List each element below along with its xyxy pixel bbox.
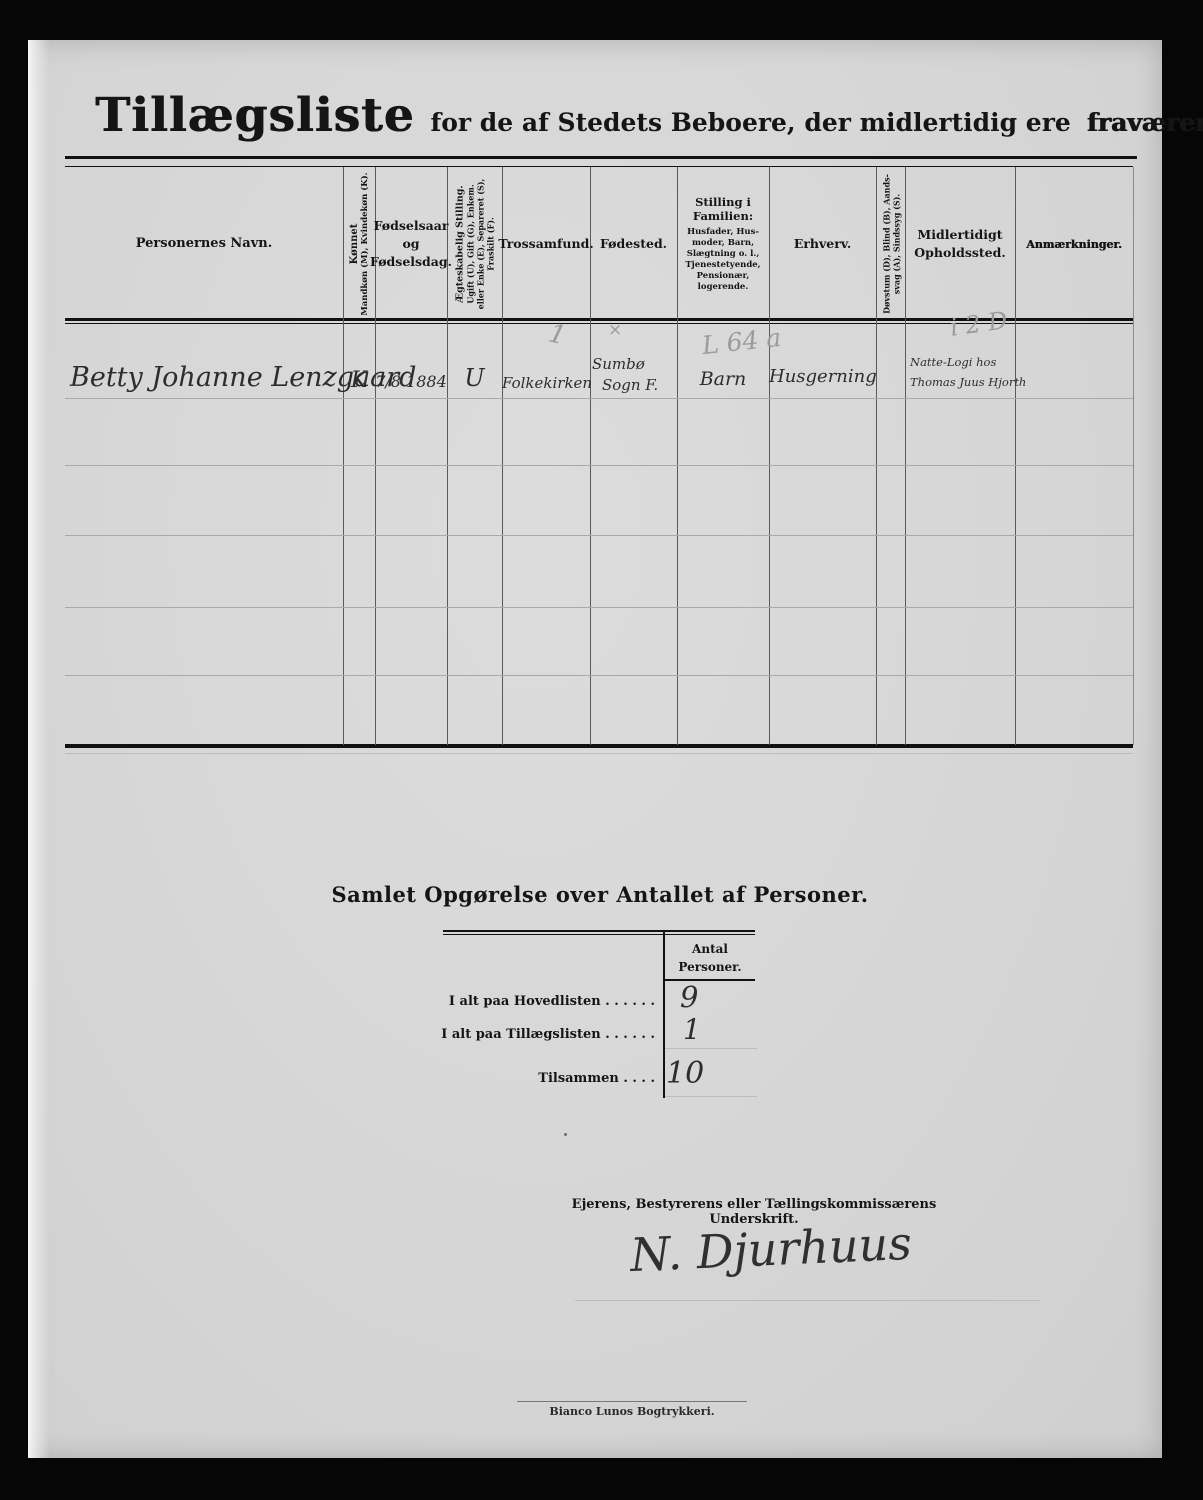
header-sex-rotated: Kønnet Mandkøn (M), Kvindekøn (K). — [343, 170, 375, 318]
header-occupation-label: Erhverv. — [794, 235, 851, 253]
header-family-small-5: Pensionær, — [697, 271, 750, 282]
table-bottom-rule-thin — [65, 753, 1133, 754]
row-line-5 — [65, 675, 1133, 676]
row-line-1 — [65, 398, 1133, 399]
header-faith: Trossamfund. — [502, 170, 590, 318]
header-marital: Ægteskabelig Stilling. Ugift (U), Gift (… — [447, 170, 502, 318]
summary-colheader-rule — [665, 979, 755, 981]
header-remarks-label: Anmærkninger. — [1026, 238, 1122, 251]
header-birth-line3: Fødselsdag. — [370, 253, 452, 271]
printer-credit: Bianco Lunos Bogtrykkeri. — [512, 1405, 752, 1418]
summary-top-rule-thin — [443, 934, 755, 935]
header-family-line1: Stilling i — [695, 195, 751, 209]
table-top-rule-thin — [65, 166, 1133, 167]
header-name: Personernes Navn. — [65, 170, 343, 318]
entry-sex: K — [343, 368, 375, 393]
summary-col-header: Antal Personer. — [665, 940, 755, 976]
header-occupation: Erhverv. — [769, 170, 876, 318]
entry-birthplace: Sumbø Sogn F. — [592, 354, 672, 396]
header-marital-rotated: Ægteskabelig Stilling. Ugift (U), Gift (… — [447, 170, 502, 318]
header-marital-line1: Ægteskabelig Stilling. — [454, 185, 465, 302]
pencil-birthplace-mark: × — [608, 320, 622, 340]
summary-row3-underline — [665, 1096, 757, 1097]
entry-birthplace-line2: Sogn F. — [602, 376, 658, 394]
header-family-small-6: logerende. — [698, 282, 749, 293]
header-family-small-1: Husfader, Hus- — [687, 227, 759, 238]
header-sex: Kønnet Mandkøn (M), Kvindekøn (K). — [343, 170, 375, 318]
header-birth-line1: Fødselsaar — [374, 217, 449, 235]
header-marital-line4: Fraskilt (F). — [485, 217, 495, 271]
header-remarks: Anmærkninger. — [1015, 170, 1133, 318]
page-title-main: Tillægsliste — [95, 88, 414, 143]
table-top-rule-thick — [65, 156, 1137, 159]
header-birth: Fødselsaar og Fødselsdag. — [375, 170, 447, 318]
summary-row3-label: Tilsammen . . . . — [405, 1071, 655, 1086]
column-line-11 — [1133, 167, 1134, 745]
table-bottom-rule — [65, 744, 1133, 748]
header-sex-line1: Kønnet — [349, 224, 360, 265]
signature-baseline — [575, 1300, 1040, 1301]
printer-rule — [517, 1401, 747, 1402]
scanned-census-page: Tillægsliste for de af Stedets Beboere, … — [0, 0, 1203, 1500]
header-name-label: Personernes Navn. — [136, 235, 273, 254]
page-title-subtitle-bold: fraværende. — [1087, 108, 1203, 137]
header-family-line2: Familien: — [693, 209, 753, 223]
entry-birthplace-line1: Sumbø — [592, 355, 645, 373]
paper-left-edge — [28, 40, 50, 1458]
entry-occupation: Husgerning — [769, 366, 876, 387]
header-marital-line3: eller Enke (E), Separeret (S), — [475, 179, 485, 310]
header-marital-line2: Ugift (U), Gift (G), Enkem. — [465, 184, 475, 303]
summary-row1-label: I alt paa Hovedlisten . . . . . . — [405, 994, 655, 1009]
entry-family: Barn — [677, 368, 769, 390]
entry-residence: Natte-Logi hos Thomas Juus Hjorth — [910, 352, 1026, 392]
header-disability-line1: Døvstum (D), Blind (B), Aands- — [881, 174, 891, 314]
summary-row2-underline — [665, 1048, 757, 1049]
entry-marital: U — [447, 364, 502, 392]
header-family-small-2: moder, Barn, — [692, 238, 754, 249]
header-residence-line2: Opholdssted. — [914, 244, 1005, 262]
entry-faith: Folkekirken — [502, 374, 588, 392]
header-sex-line2: Mandkøn (M), Kvindekøn (K). — [360, 172, 370, 315]
entry-birth: 7/8 1884 — [375, 372, 447, 391]
entry-residence-line1: Natte-Logi hos — [910, 355, 996, 369]
summary-top-rule — [443, 930, 755, 932]
header-faith-label: Trossamfund. — [498, 235, 593, 253]
header-disability-line2: svag (A), Sindssyg (S). — [891, 194, 901, 294]
entry-residence-line2: Thomas Juus Hjorth — [910, 375, 1026, 389]
row-line-4 — [65, 607, 1133, 608]
row-line-3 — [65, 535, 1133, 536]
summary-col-header-line1: Antal — [692, 942, 728, 956]
header-family-small-4: Tjenestetyende, — [685, 260, 760, 271]
summary-row1-value: 9 — [680, 980, 698, 1014]
summary-col-header-line2: Personer. — [678, 960, 741, 974]
header-family: Stilling i Familien: Husfader, Hus- mode… — [677, 170, 769, 318]
summary-row2-value: 1 — [683, 1013, 701, 1046]
page-title: Tillægsliste for de af Stedets Beboere, … — [95, 88, 1203, 143]
header-residence: Midlertidigt Opholdssted. — [905, 170, 1015, 318]
page-title-subtitle: for de af Stedets Beboere, der midlertid… — [430, 108, 1070, 137]
summary-row3-value: 10 — [666, 1056, 704, 1091]
header-birthplace: Fødested. — [590, 170, 677, 318]
header-family-small-3: Slægtning o. l., — [687, 249, 760, 260]
header-disability-rotated: Døvstum (D), Blind (B), Aands- svag (A),… — [876, 170, 905, 318]
header-birthplace-label: Fødested. — [600, 235, 667, 253]
row-line-2 — [65, 465, 1133, 466]
summary-row2-label: I alt paa Tillægslisten . . . . . . — [405, 1027, 655, 1042]
summary-title: Samlet Opgørelse over Antallet af Person… — [300, 882, 900, 907]
header-residence-line1: Midlertidigt — [917, 226, 1002, 244]
header-disability: Døvstum (D), Blind (B), Aands- svag (A),… — [876, 170, 905, 318]
stray-ink-dot — [564, 1133, 567, 1136]
header-birth-line2: og — [402, 235, 419, 253]
